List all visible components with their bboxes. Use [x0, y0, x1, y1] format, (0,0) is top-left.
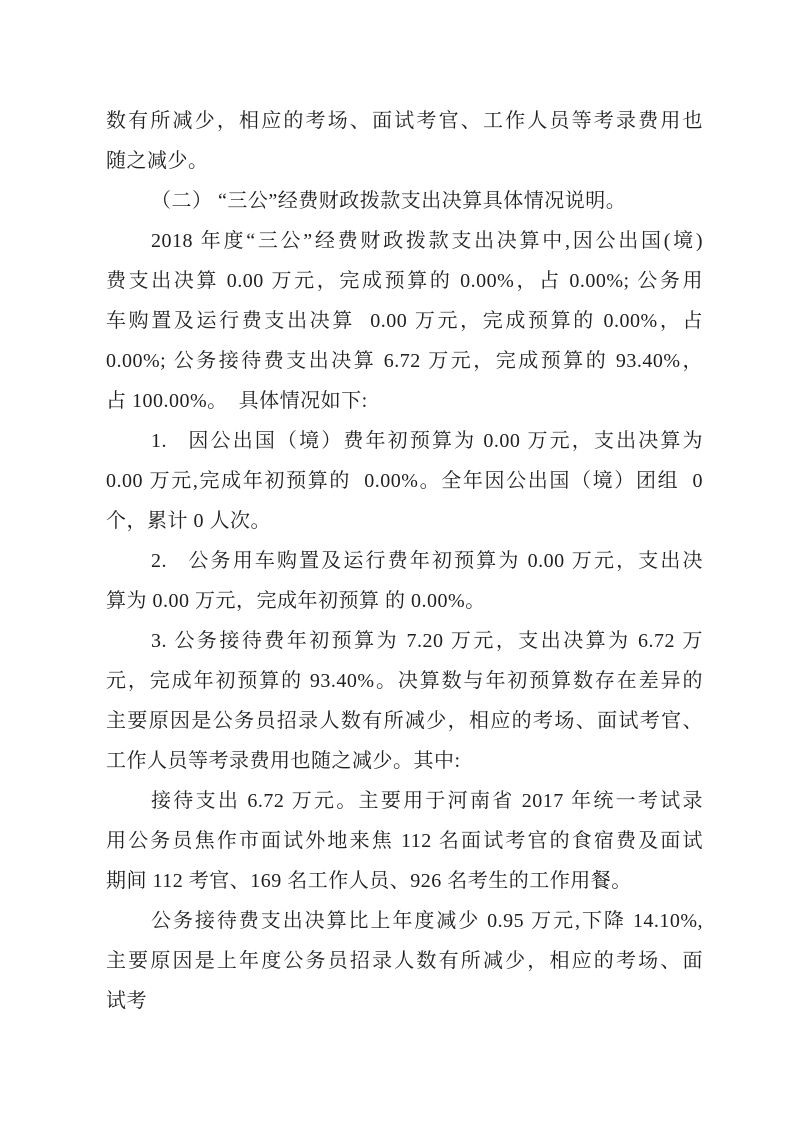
text-line: 工作人员等考录费用也随之减少。其中:	[106, 741, 703, 781]
text-line: 公务接待费支出决算比上年度减少 0.95 万元,下降 14.10%,	[106, 901, 703, 941]
text-line: 数有所减少，相应的考场、面试考官、工作人员等考录费用也	[106, 101, 703, 141]
text-line: 2. 公务用车购置及运行费年初预算为 0.00 万元，支出决	[106, 541, 703, 581]
text-line: 占 100.00%。 具体情况如下:	[106, 381, 703, 421]
text-line: 主要原因是上年度公务员招录人数有所减少，相应的考场、面	[106, 941, 703, 981]
text-line: 随之减少。	[106, 141, 703, 181]
text-line: 主要原因是公务员招录人数有所减少，相应的考场、面试考官、	[106, 701, 703, 741]
text-line: 1. 因公出国（境）费年初预算为 0.00 万元，支出决算为	[106, 421, 703, 461]
text-block: 数有所减少，相应的考场、面试考官、工作人员等考录费用也 随之减少。 （二） “三…	[106, 101, 703, 1021]
text-line: 0.00 万元,完成年初预算的 0.00%。全年因公出国（境）团组 0	[106, 461, 703, 501]
text-line: 2018 年度“三公”经费财政拨款支出决算中,因公出国(境)	[106, 221, 703, 261]
text-line: 接待支出 6.72 万元。主要用于河南省 2017 年统一考试录	[106, 781, 703, 821]
text-line: 试考	[106, 981, 703, 1021]
text-line: 用公务员焦作市面试外地来焦 112 名面试考官的食宿费及面试	[106, 821, 703, 861]
text-line: 3. 公务接待费年初预算为 7.20 万元，支出决算为 6.72 万	[106, 621, 703, 661]
text-line: 0.00%; 公务接待费支出决算 6.72 万元，完成预算的 93.40%，	[106, 341, 703, 381]
text-line: 费支出决算 0.00 万元，完成预算的 0.00%，占 0.00%; 公务用	[106, 261, 703, 301]
text-line: 期间 112 考官、169 名工作人员、926 名考生的工作用餐。	[106, 861, 703, 901]
text-line: 元，完成年初预算的 93.40%。决算数与年初预算数存在差异的	[106, 661, 703, 701]
section-heading: （二） “三公”经费财政拨款支出决算具体情况说明。	[106, 181, 703, 221]
text-line: 车购置及运行费支出决算 0.00 万元，完成预算的 0.00%，占	[106, 301, 703, 341]
document-page: 数有所减少，相应的考场、面试考官、工作人员等考录费用也 随之减少。 （二） “三…	[0, 0, 793, 1122]
text-line: 算为 0.00 万元，完成年初预算 的 0.00%。	[106, 581, 703, 621]
text-line: 个，累计 0 人次。	[106, 501, 703, 541]
